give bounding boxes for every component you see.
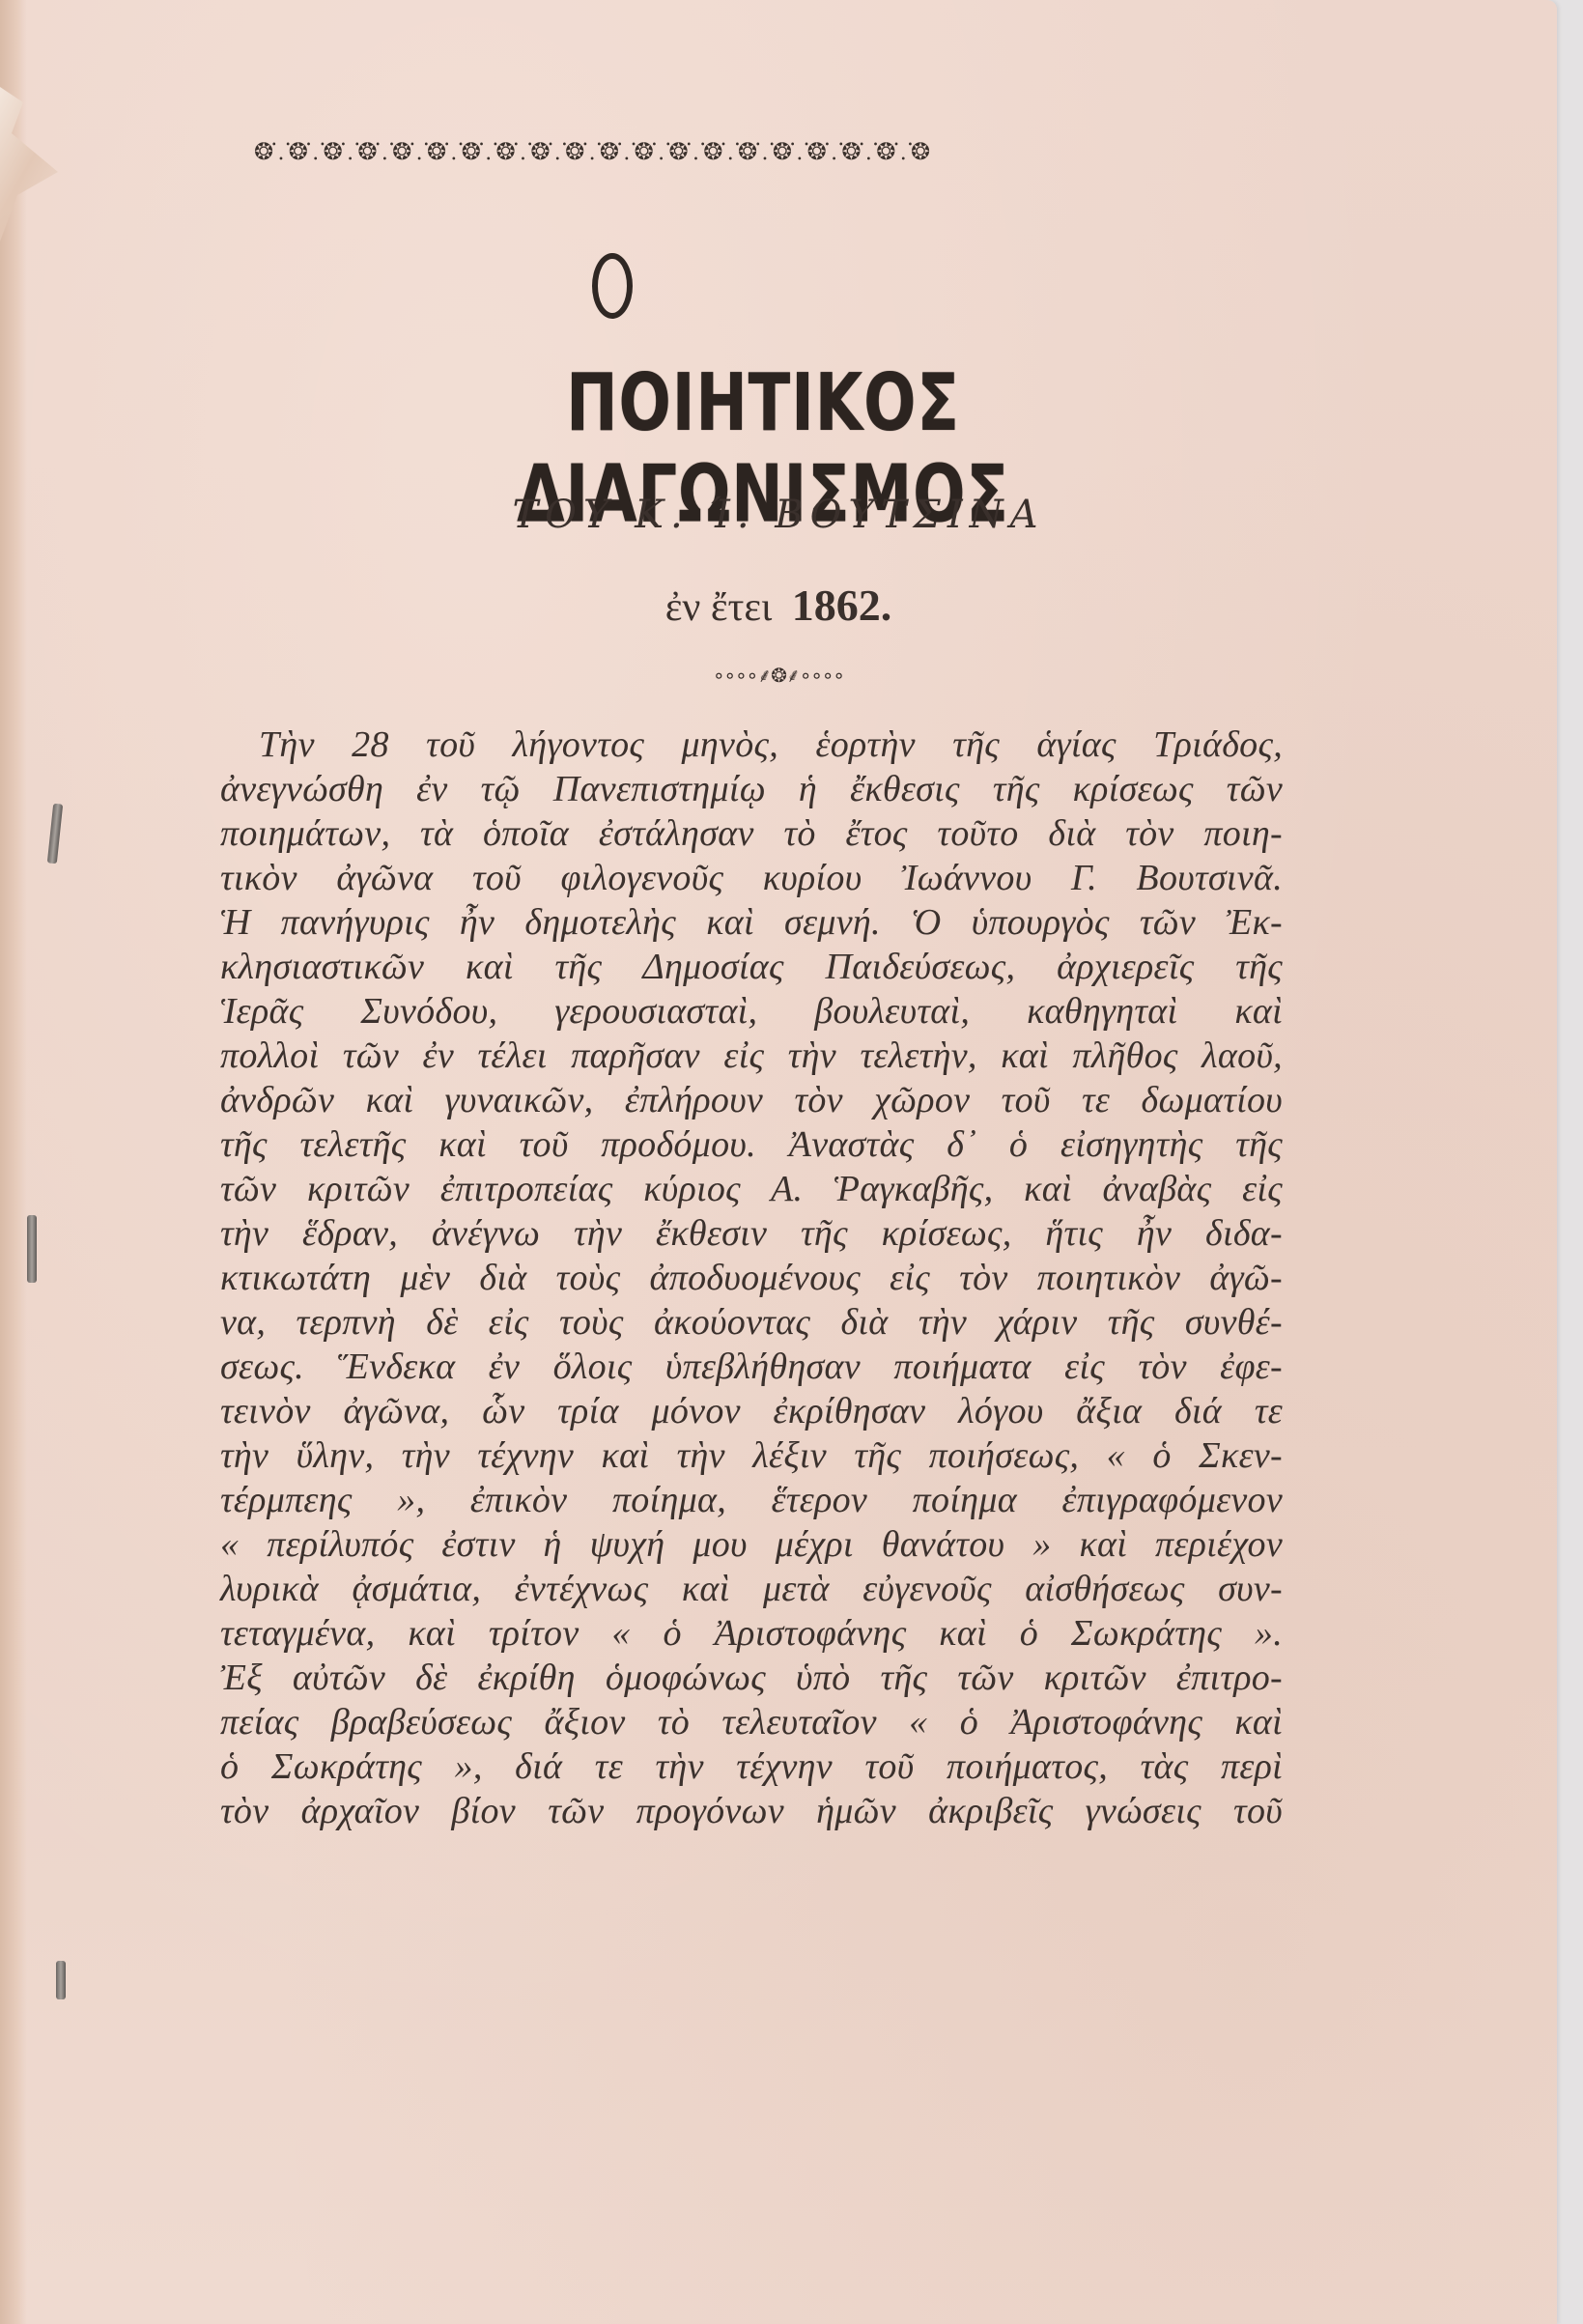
text-line: τικὸν ἀγῶνα τοῦ φιλογενοῦς κυρίου Ἰωάννο… [220, 856, 1283, 900]
text-line: ἀνδρῶν καὶ γυναικῶν, ἐπλήρουν τὸν χῶρον … [220, 1078, 1283, 1122]
text-line: τῆς τελετῆς καὶ τοῦ προδόμου. Ἀναστὰς δ᾽… [220, 1122, 1283, 1167]
text-line: τὸν ἀρχαῖον βίον τῶν προγόνων ἡμῶν ἀκριβ… [220, 1789, 1283, 1833]
text-line: Τὴν 28 τοῦ λήγοντος μηνὸς, ἑορτὴν τῆς ἁγ… [220, 723, 1283, 767]
author-subtitle: ΤΟΥ Κ. Ί. ΒΟΥΤΣΙΝΑ [0, 493, 1557, 537]
torn-edge [0, 87, 58, 241]
year-line: ἐν ἔτει 1862. [0, 580, 1557, 631]
text-line: σεως. Ἕνδεκα ἐν ὅλοις ὑπεβλήθησαν ποιήμα… [220, 1345, 1283, 1389]
text-line: ποιημάτων, τὰ ὁποῖα ἐστάλησαν τὸ ἔτος το… [220, 811, 1283, 856]
text-line: κλησιαστικῶν καὶ τῆς Δημοσίας Παιδεύσεως… [220, 945, 1283, 989]
text-line: ὁ Σωκράτης », διά τε τὴν τέχνην τοῦ ποιή… [220, 1744, 1283, 1789]
text-line: Ἐξ αὐτῶν δὲ ἐκρίθη ὁμοφώνως ὑπὸ τῆς τῶν … [220, 1656, 1283, 1700]
text-line: Ἱερᾶς Συνόδου, γερουσιασταὶ, βουλευταὶ, … [220, 989, 1283, 1034]
text-line: τεινὸν ἀγῶνα, ὧν τρία μόνον ἐκρίθησαν λό… [220, 1389, 1283, 1433]
text-line: λυρικὰ ᾀσμάτια, ἐντέχνως καὶ μετὰ εὐγενο… [220, 1567, 1283, 1611]
ornament-text: ❂⸪❂⸪❂⸪❂⸪❂⸪❂⸪❂⸪❂⸪❂⸪❂⸪❂⸪❂⸪❂⸪❂⸪❂⸪❂⸪❂⸪❂⸪❂⸪❂ [254, 137, 928, 164]
staple-icon [27, 1215, 37, 1283]
text-line: κτικωτάτη μὲν διὰ τοὺς ἀποδυομένους εἰς … [220, 1256, 1283, 1300]
text-line: τὴν ὕλην, τὴν τέχνην καὶ τὴν λέξιν τῆς π… [220, 1433, 1283, 1478]
scanned-page: ❂⸪❂⸪❂⸪❂⸪❂⸪❂⸪❂⸪❂⸪❂⸪❂⸪❂⸪❂⸪❂⸪❂⸪❂⸪❂⸪❂⸪❂⸪❂⸪❂ … [0, 0, 1557, 2324]
header-ornament-band: ❂⸪❂⸪❂⸪❂⸪❂⸪❂⸪❂⸪❂⸪❂⸪❂⸪❂⸪❂⸪❂⸪❂⸪❂⸪❂⸪❂⸪❂⸪❂⸪❂ [254, 137, 1266, 164]
text-line: Ἡ πανήγυρις ἦν δημοτελὴς καὶ σεμνή. Ὁ ὑπ… [220, 900, 1283, 945]
staple-icon [47, 804, 63, 864]
page-spine-edge [0, 0, 27, 2324]
text-line: πείας βραβεύσεως ἄξιον τὸ τελευταῖον « ὁ… [220, 1700, 1283, 1744]
text-line: ἀνεγνώσθη ἐν τῷ Πανεπιστημίῳ ἡ ἔκθεσις τ… [220, 767, 1283, 811]
year-value: 1862. [792, 581, 892, 630]
divider-ornament-icon: ∘∘∘∘⸙❂⸙∘∘∘∘ [0, 662, 1557, 688]
text-line: να, τερπνὴ δὲ εἰς τοὺς ἀκούοντας διὰ τὴν… [220, 1300, 1283, 1345]
text-line: τεταγμένα, καὶ τρίτον « ὁ Ἀριστοφάνης κα… [220, 1611, 1283, 1656]
year-prefix: ἐν ἔτει [665, 585, 773, 630]
text-line: τέρμπεης », ἐπικὸν ποίημα, ἕτερον ποίημα… [220, 1478, 1283, 1522]
text-line: « περίλυπός ἐστιν ἡ ψυχή μου μέχρι θανάτ… [220, 1522, 1283, 1567]
text-line: τῶν κριτῶν ἐπιτροπείας κύριος Α. Ῥαγκαβῆ… [220, 1167, 1283, 1211]
body-paragraph: Τὴν 28 τοῦ λήγοντος μηνὸς, ἑορτὴν τῆς ἁγ… [220, 723, 1283, 1833]
text-line: πολλοὶ τῶν ἐν τέλει παρῆσαν εἰς τὴν τελε… [220, 1034, 1283, 1078]
text-line: τὴν ἕδραν, ἀνέγνω τὴν ἔκθεσιν τῆς κρίσεω… [220, 1211, 1283, 1256]
decorative-initial-icon [431, 253, 547, 328]
decorative-ring-icon [592, 253, 633, 319]
staple-icon [56, 1961, 66, 1999]
